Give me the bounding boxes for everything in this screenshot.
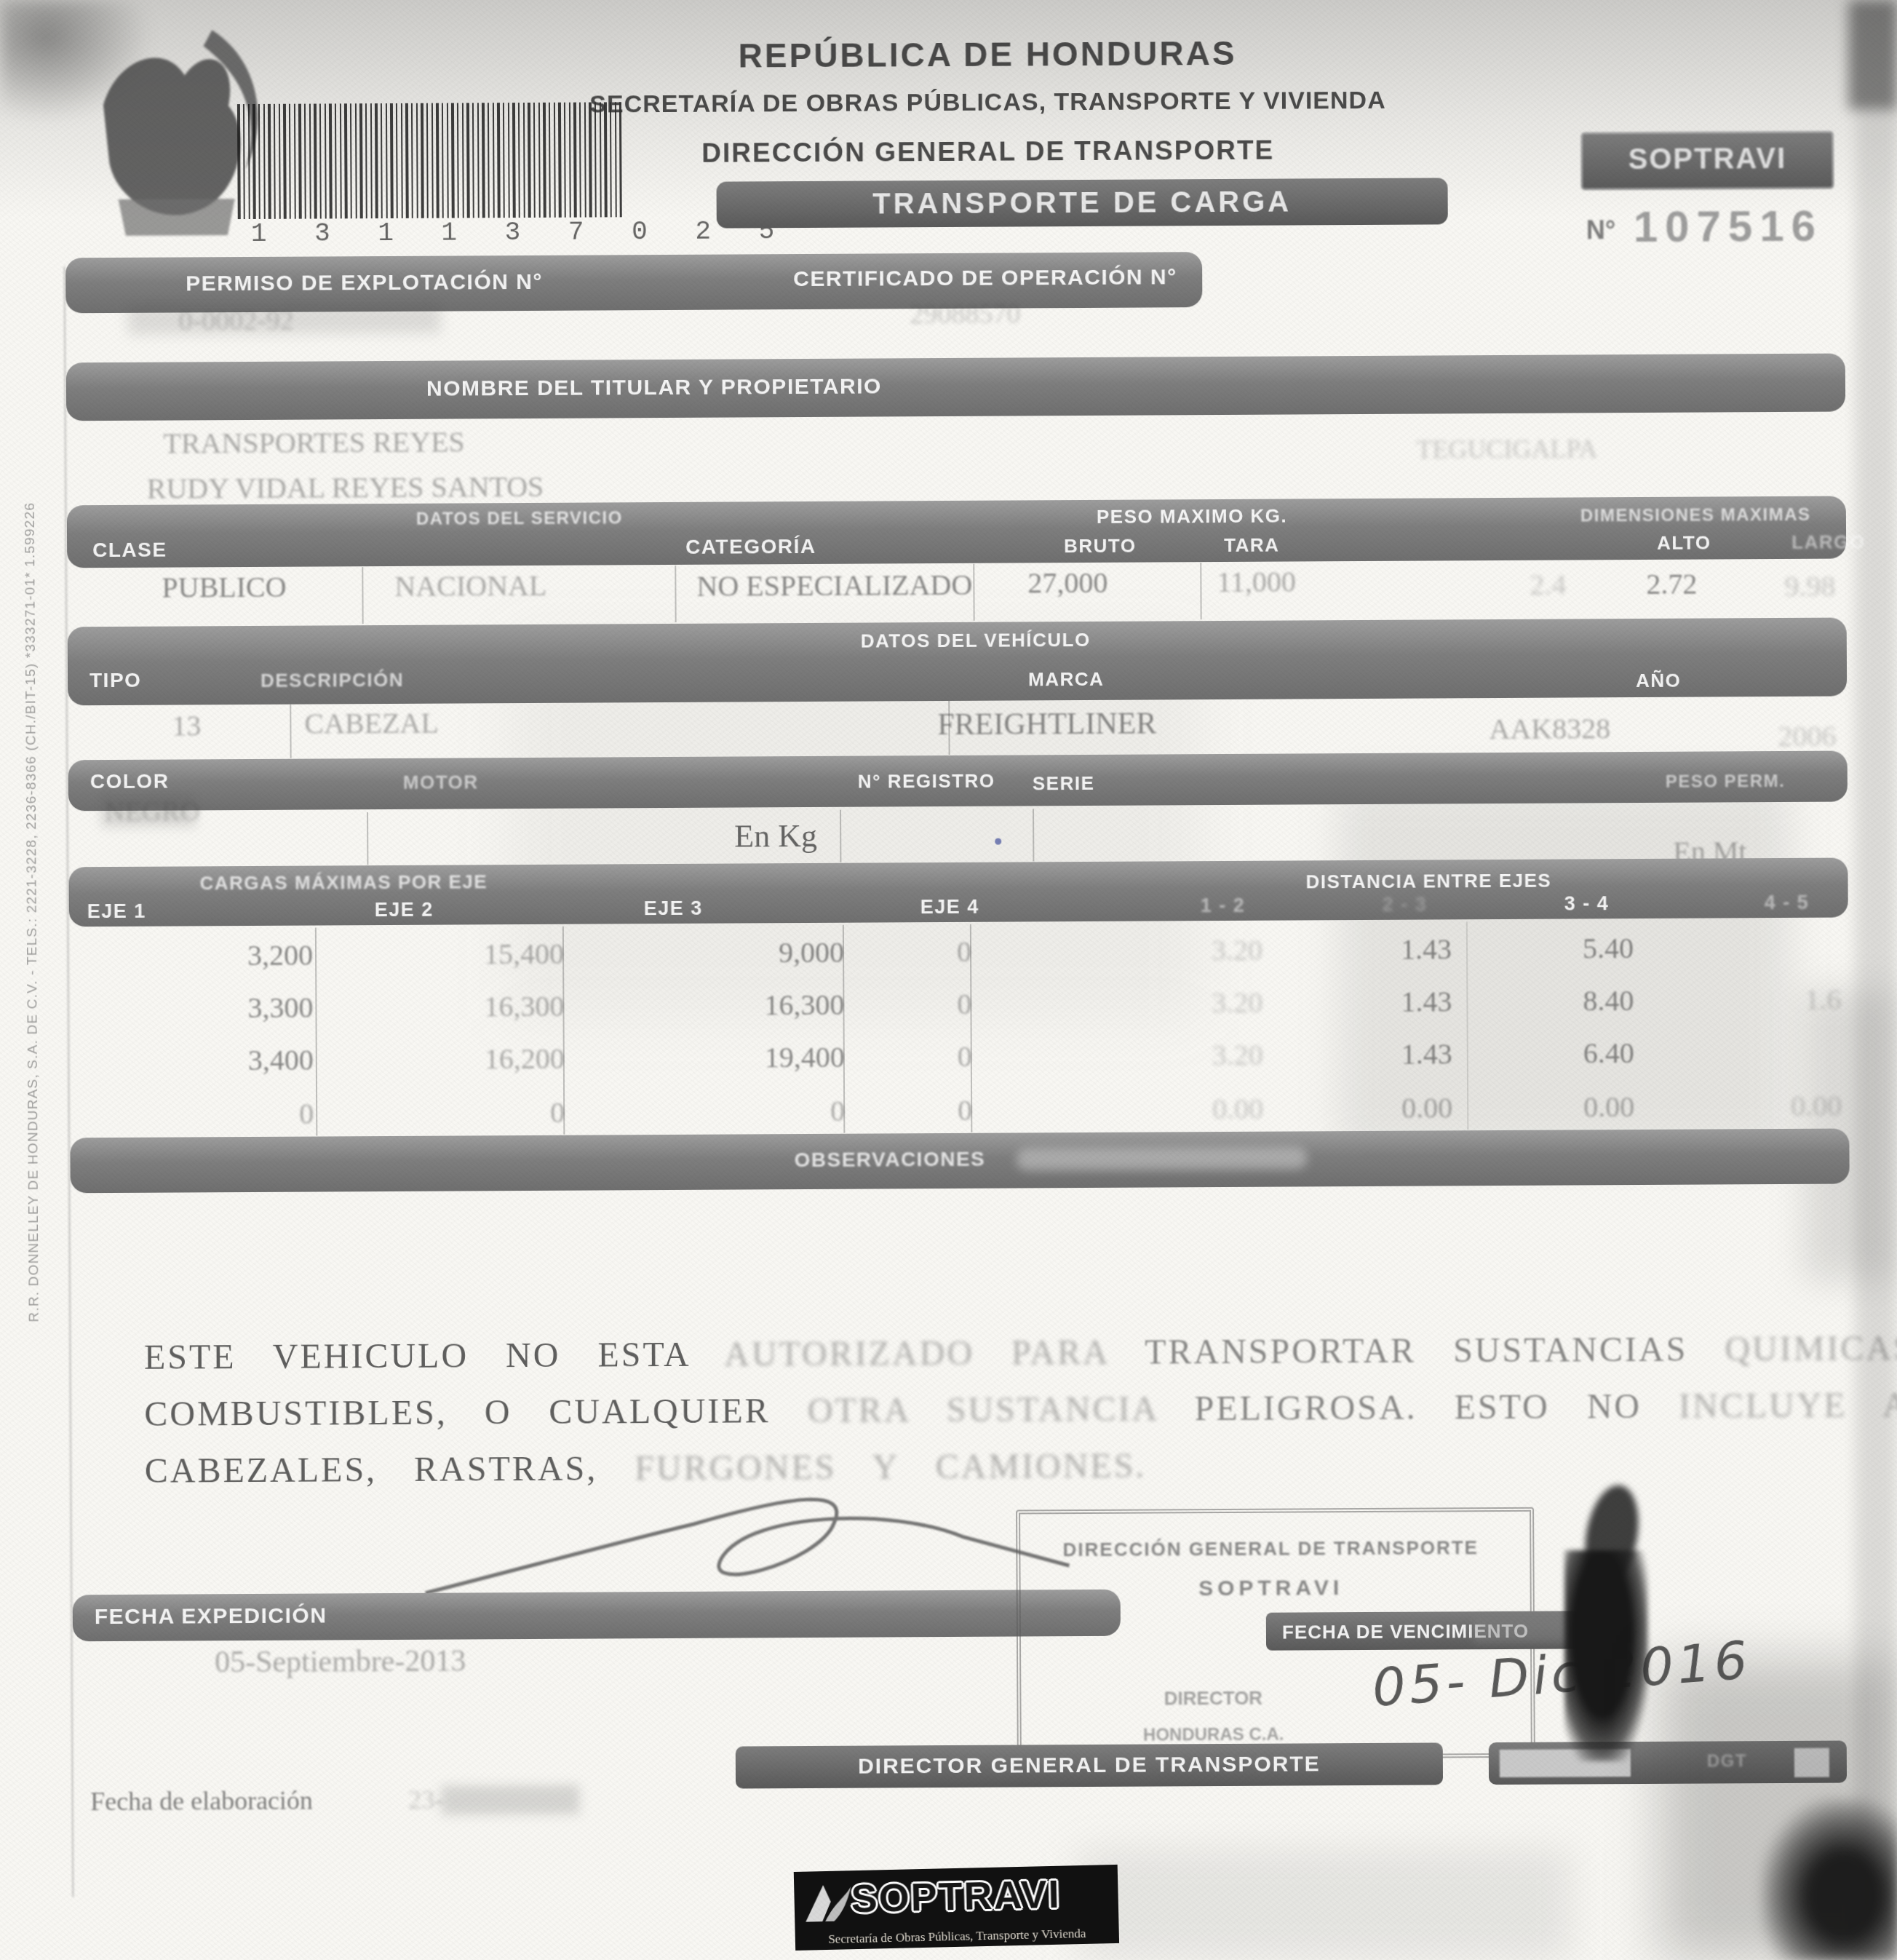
- ejes-band: CARGAS MÁXIMAS POR EJE DISTANCIA ENTRE E…: [68, 858, 1848, 927]
- table-cell: 0: [754, 1039, 972, 1075]
- table-cell: 0: [346, 1095, 565, 1131]
- certificado-operacion-label: CERTIFICADO DE OPERACIÓN N°: [793, 265, 1177, 292]
- fecha-expedicion-value: 05-Septiembre-2013: [215, 1643, 466, 1680]
- divider-line: [840, 810, 841, 862]
- descripcion-label: DESCRIPCIÓN: [261, 669, 404, 692]
- clase-label: CLASE: [92, 539, 167, 563]
- divider-line: [290, 705, 291, 758]
- color-value: NEGRO: [105, 795, 200, 828]
- marca-value: FREIGHTLINER: [937, 706, 1156, 742]
- table-column-line: [315, 928, 317, 1136]
- divider-line: [675, 566, 676, 622]
- cargas-maximas-label: CARGAS MÁXIMAS POR EJE: [199, 870, 488, 894]
- color-label: COLOR: [90, 770, 170, 794]
- observaciones-label-smudge: [1016, 1147, 1307, 1170]
- advertencia-text: TRANSPORTAR SUSTANCIAS: [1145, 1330, 1725, 1371]
- elaboracion-value-smudge: [441, 1785, 579, 1815]
- table-cell: [1623, 1035, 1842, 1036]
- bruto-value: 27,000: [1027, 566, 1107, 600]
- titular-ciudad: TEGUCIGALPA: [1416, 433, 1597, 464]
- table-cell: 1.6: [1623, 983, 1841, 1018]
- director-general-label: DIRECTOR GENERAL DE TRANSPORTE: [736, 1751, 1443, 1780]
- descripcion-value: CABEZAL: [304, 706, 439, 741]
- table-cell: 5.40: [1415, 931, 1634, 967]
- table-cell: 16,200: [346, 1042, 565, 1077]
- soptravi-header-box: SOPTRAVI: [1580, 131, 1834, 191]
- advertencia-text: INCLUYE A LOS: [1679, 1385, 1897, 1425]
- divider-line: [948, 701, 950, 755]
- largo-value: 9.98: [1784, 569, 1835, 603]
- advertencia-text: OTRA SUSTANCIA: [808, 1389, 1195, 1430]
- advertencia-text: ESTE VEHICULO NO ESTA: [144, 1336, 725, 1377]
- tara-label: TARA: [1224, 534, 1279, 557]
- servicio-section-label: DATOS DEL SERVICIO: [416, 508, 623, 529]
- letterhead-republic: REPÚBLICA DE HONDURAS: [39, 30, 1897, 79]
- col-d23: 2 - 3: [1383, 894, 1428, 916]
- fecha-expedicion-label: FECHA EXPEDICIÓN: [95, 1603, 327, 1630]
- fecha-elaboracion-value: 23-: [408, 1785, 443, 1815]
- table-cell: 3,300: [95, 991, 313, 1026]
- tipo-value: 13: [172, 708, 201, 742]
- fecha-elaboracion-label: Fecha de elaboración: [90, 1785, 313, 1817]
- ano-value: 2006: [1778, 719, 1836, 753]
- printer-info-vertical-text: R.R. DONNELLEY DE HONDURAS, S.A. DE C.V.…: [23, 502, 43, 1322]
- table-column-line: [970, 924, 972, 1132]
- table-cell: 3.20: [1044, 985, 1262, 1021]
- footer-soptravi-logo: SOPTRAVI Secretaría de Obras Públicas, T…: [794, 1865, 1119, 1951]
- table-cell: 0: [95, 1097, 314, 1132]
- vehiculo-section-label: DATOS DEL VEHÍCULO: [861, 629, 1091, 653]
- certificado-operacion-value: 29088570: [910, 298, 1020, 330]
- advertencia-text: AUTORIZADO PARA: [724, 1333, 1145, 1374]
- barcode-digits: 1 3 1 1 3 7 0 2 5: [251, 216, 790, 249]
- form-body: 1 3 1 1 3 7 0 2 5 REPÚBLICA DE HONDURAS …: [0, 0, 1897, 1960]
- label-smudge: [1474, 1616, 1575, 1643]
- categoria-value: NO ESPECIALIZADO: [696, 568, 972, 603]
- tara-value: 11,000: [1217, 564, 1296, 599]
- servicio-band: DATOS DEL SERVICIO CLASE CATEGORÍA PESO …: [67, 496, 1846, 568]
- table-cell: 0.00: [1416, 1090, 1634, 1125]
- advertencia-line-2: COMBUSTIBLES, O CUALQUIER OTRA SUSTANCIA…: [144, 1385, 1861, 1451]
- dgt-white-square: [1794, 1748, 1829, 1777]
- table-cell: 16,300: [346, 989, 564, 1025]
- col-d34: 3 - 4: [1564, 892, 1610, 915]
- categoria-label: CATEGORÍA: [685, 535, 816, 559]
- col-eje4: EJE 4: [920, 896, 979, 918]
- ancho-value: 2.4: [1530, 568, 1566, 602]
- color-band: COLOR MOTOR N° REGISTRO SERIE PESO PERM.: [68, 751, 1848, 812]
- divider-line: [1200, 563, 1201, 619]
- folio-number: 107516: [1634, 201, 1824, 252]
- table-cell: 0: [754, 1093, 972, 1129]
- permiso-explotacion-value: 0-0002-92: [178, 305, 294, 338]
- soptravi-header-label: SOPTRAVI: [1580, 143, 1834, 177]
- observaciones-band: OBSERVACIONES: [70, 1129, 1849, 1194]
- col-d12: 1 - 2: [1201, 894, 1246, 917]
- peso-perm-label: PESO PERM.: [1666, 771, 1786, 793]
- advertencia-text: PELIGROSA. ESTO NO: [1194, 1387, 1679, 1428]
- registro-label: N° REGISTRO: [858, 770, 995, 793]
- table-cell: 3.20: [1045, 1038, 1263, 1074]
- table-cell: [1623, 930, 1841, 932]
- alto-value: 2.72: [1646, 567, 1697, 601]
- col-d45: 4 - 5: [1765, 892, 1810, 914]
- table-cell: 6.40: [1416, 1036, 1634, 1071]
- table-cell: 0: [753, 935, 971, 970]
- stamp-soptravi-line: SOPTRAVI: [1031, 1575, 1511, 1602]
- divider-line: [367, 812, 368, 865]
- ambito-value: NACIONAL: [394, 568, 546, 603]
- ano-label: AÑO: [1636, 670, 1681, 692]
- divider-line: [973, 564, 974, 621]
- table-cell: 3.20: [1044, 933, 1262, 969]
- serie-label: SERIE: [1033, 772, 1095, 795]
- divider-line: [362, 567, 363, 624]
- titular-propietario: RUDY VIDAL REYES SANTOS: [147, 469, 544, 506]
- director-general-band: DIRECTOR GENERAL DE TRANSPORTE: [736, 1742, 1443, 1788]
- table-cell: 0.00: [1623, 1089, 1842, 1124]
- stamp-director-line: DIRECTOR: [1031, 1686, 1395, 1711]
- dgt-label: DGT: [1707, 1751, 1747, 1771]
- dgt-light-box: [1500, 1749, 1631, 1777]
- permits-band: PERMISO DE EXPLOTACIÓN N° CERTIFICADO DE…: [65, 252, 1202, 313]
- footer-logo-text: SOPTRAVI: [851, 1872, 1061, 1922]
- col-eje2: EJE 2: [375, 899, 434, 921]
- dgt-band: DGT: [1489, 1741, 1847, 1785]
- letterhead-secretaria: SECRETARÍA DE OBRAS PÚBLICAS, TRANSPORTE…: [39, 84, 1897, 122]
- folio-number-prefix: N°: [1586, 215, 1616, 245]
- stamp-direccion-line: DIRECCIÓN GENERAL DE TRANSPORTE: [1030, 1536, 1511, 1561]
- peso-maximo-label: PESO MAXIMO KG.: [1097, 505, 1287, 528]
- col-eje1: EJE 1: [87, 900, 146, 923]
- divider-line: [1033, 809, 1034, 861]
- clase-value: PUBLICO: [162, 570, 286, 605]
- fecha-expedicion-band: FECHA EXPEDICIÓN: [73, 1590, 1121, 1642]
- titular-label: NOMBRE DEL TITULAR Y PROPIETARIO: [426, 374, 882, 401]
- scanned-cargo-permit-document: 1 3 1 1 3 7 0 2 5 REPÚBLICA DE HONDURAS …: [0, 0, 1897, 1960]
- title-banner-label: TRANSPORTE DE CARGA: [717, 185, 1448, 221]
- table-cell: 3,400: [95, 1043, 314, 1079]
- table-cell: 3,200: [95, 938, 313, 974]
- alto-label: ALTO: [1657, 531, 1711, 554]
- advertencia-text: QUIMICAS: [1725, 1329, 1897, 1368]
- advertencia-line-1: ESTE VEHICULO NO ESTA AUTORIZADO PARA TR…: [144, 1328, 1861, 1394]
- pen-dot: [995, 838, 1001, 845]
- table-cell: 0.00: [1045, 1092, 1263, 1127]
- observaciones-label: OBSERVACIONES: [794, 1148, 985, 1172]
- table-cell: 15,400: [346, 937, 564, 972]
- largo-label: LARGO: [1791, 531, 1866, 554]
- col-eje3: EJE 3: [644, 897, 703, 920]
- table-cell: 0: [753, 987, 971, 1023]
- bruto-label: BRUTO: [1064, 535, 1137, 558]
- table-column-line: [562, 927, 565, 1135]
- title-banner: TRANSPORTE DE CARGA: [716, 178, 1447, 228]
- dimensiones-label: DIMENSIONES MAXIMAS: [1580, 505, 1811, 527]
- tipo-label: TIPO: [90, 669, 142, 692]
- table-cell: 8.40: [1415, 983, 1634, 1019]
- permiso-explotacion-label: PERMISO DE EXPLOTACIÓN N°: [186, 270, 543, 297]
- titular-empresa: TRANSPORTES REYES: [163, 424, 465, 460]
- vehiculo-band: DATOS DEL VEHÍCULO TIPO DESCRIPCIÓN MARC…: [68, 618, 1848, 706]
- motor-label: MOTOR: [403, 771, 479, 794]
- marca-label: MARCA: [1028, 668, 1104, 691]
- placa-value: AAK8328: [1489, 711, 1610, 746]
- footer-logo-tagline: Secretaría de Obras Públicas, Transporte…: [795, 1926, 1119, 1948]
- advertencia-text: COMBUSTIBLES, O CUALQUIER: [144, 1392, 808, 1434]
- titular-band: NOMBRE DEL TITULAR Y PROPIETARIO: [66, 354, 1845, 421]
- distancia-ejes-label: DISTANCIA ENTRE EJES: [1305, 870, 1551, 894]
- soptravi-swoosh-icon: [801, 1881, 853, 1926]
- en-kg-label: En Kg: [734, 817, 817, 855]
